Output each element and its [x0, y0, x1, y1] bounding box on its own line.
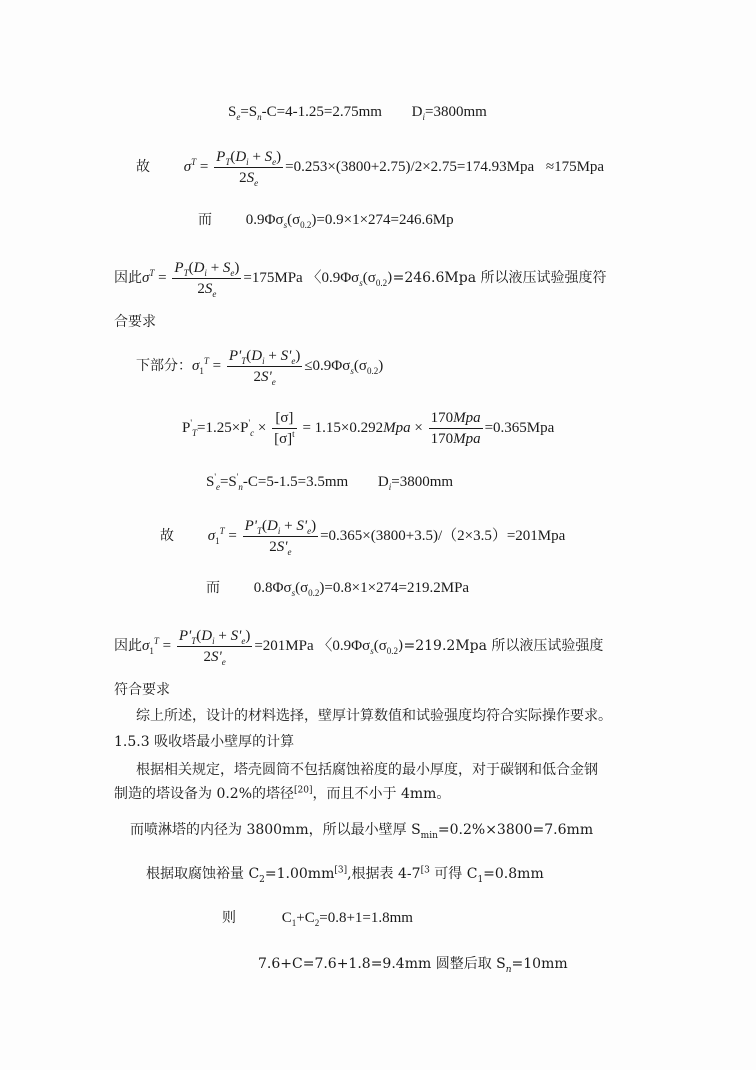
section-heading: 1.5.3 吸收塔最小壁厚的计算: [114, 732, 294, 752]
equation-test-pressure: P'T=1.25×P'c × [σ][σ]t = 1.15×0.292Mpa ×…: [182, 408, 554, 449]
equation-c-total: 则 C1+C2=0.8+1=1.8mm: [222, 908, 413, 928]
equation-se-lower: S'e=S'n-C=5-1.5=3.5mm Di=3800mm: [206, 472, 453, 492]
fraction: [σ][σ]t: [272, 408, 297, 449]
fraction: P'T(Di + S'e)2S'e: [177, 626, 252, 667]
fraction: P'T(Di + S'e)2S'e: [243, 516, 318, 557]
fraction: PT(Di + Se)2Se: [214, 147, 283, 188]
equation-allowable: 而 0.9Φσs(σ0.2)=0.9×1×274=246.6Mp: [198, 210, 454, 230]
equation-allowable-lower: 而 0.8Φσs(σ0.2)=0.8×1×274=219.2MPa: [206, 578, 469, 598]
equation-conclusion-lower: 因此σ1T = P'T(Di + S'e)2S'e=201MPa 〈0.9Φσs…: [114, 626, 603, 667]
paragraph-line: 根据相关规定，塔壳圆筒不包括腐蚀裕度的最小厚度，对于碳钢和低合金钢: [136, 760, 598, 780]
equation-sn: 7.6+C=7.6+1.8=9.4mm 圆整后取 Sn=10mm: [258, 954, 568, 974]
citation: [20]: [294, 785, 312, 795]
equation-corrosion: 根据取腐蚀裕量 C2=1.00mm[3],根据表 4-7[3 可得 C1=0.8…: [146, 864, 544, 884]
equation-sigma-t: 故 σT = PT(Di + Se)2Se=0.253×(3800+2.75)/…: [136, 147, 604, 188]
equation-conclusion-upper: 因此σT = PT(Di + Se)2Se=175MPa 〈0.9Φσs(σ0.…: [114, 258, 607, 299]
summary-paragraph: 综上所述，设计的材料选择，壁厚计算数值和试验强度均符合实际操作要求。: [136, 706, 612, 726]
equation-se: Se=Sn-C=4-1.25=2.75mm Di=3800mm: [228, 102, 487, 122]
equation-smin: 而喷淋塔的内径为 3800mm，所以最小壁厚 Smin=0.2%×3800=7.…: [130, 820, 593, 840]
fraction: PT(Di + Se)2Se: [172, 258, 241, 299]
text-line: 符合要求: [114, 680, 170, 700]
text-line: 合要求: [114, 312, 156, 332]
fraction: P'T(Di + S'e)2S'e: [227, 346, 302, 387]
equation-lower-part: 下部分：σ1T = P'T(Di + S'e)2S'e≤0.9Φσs(σ0.2): [136, 346, 383, 387]
paragraph-line: 制造的塔设备为 0.2%的塔径[20]，而且不小于 4mm。: [114, 784, 450, 804]
fraction: 170Mpa170Mpa: [429, 408, 483, 449]
equation-sigma1-t: 故 σ1T = P'T(Di + S'e)2S'e=0.365×(3800+3.…: [160, 516, 565, 557]
